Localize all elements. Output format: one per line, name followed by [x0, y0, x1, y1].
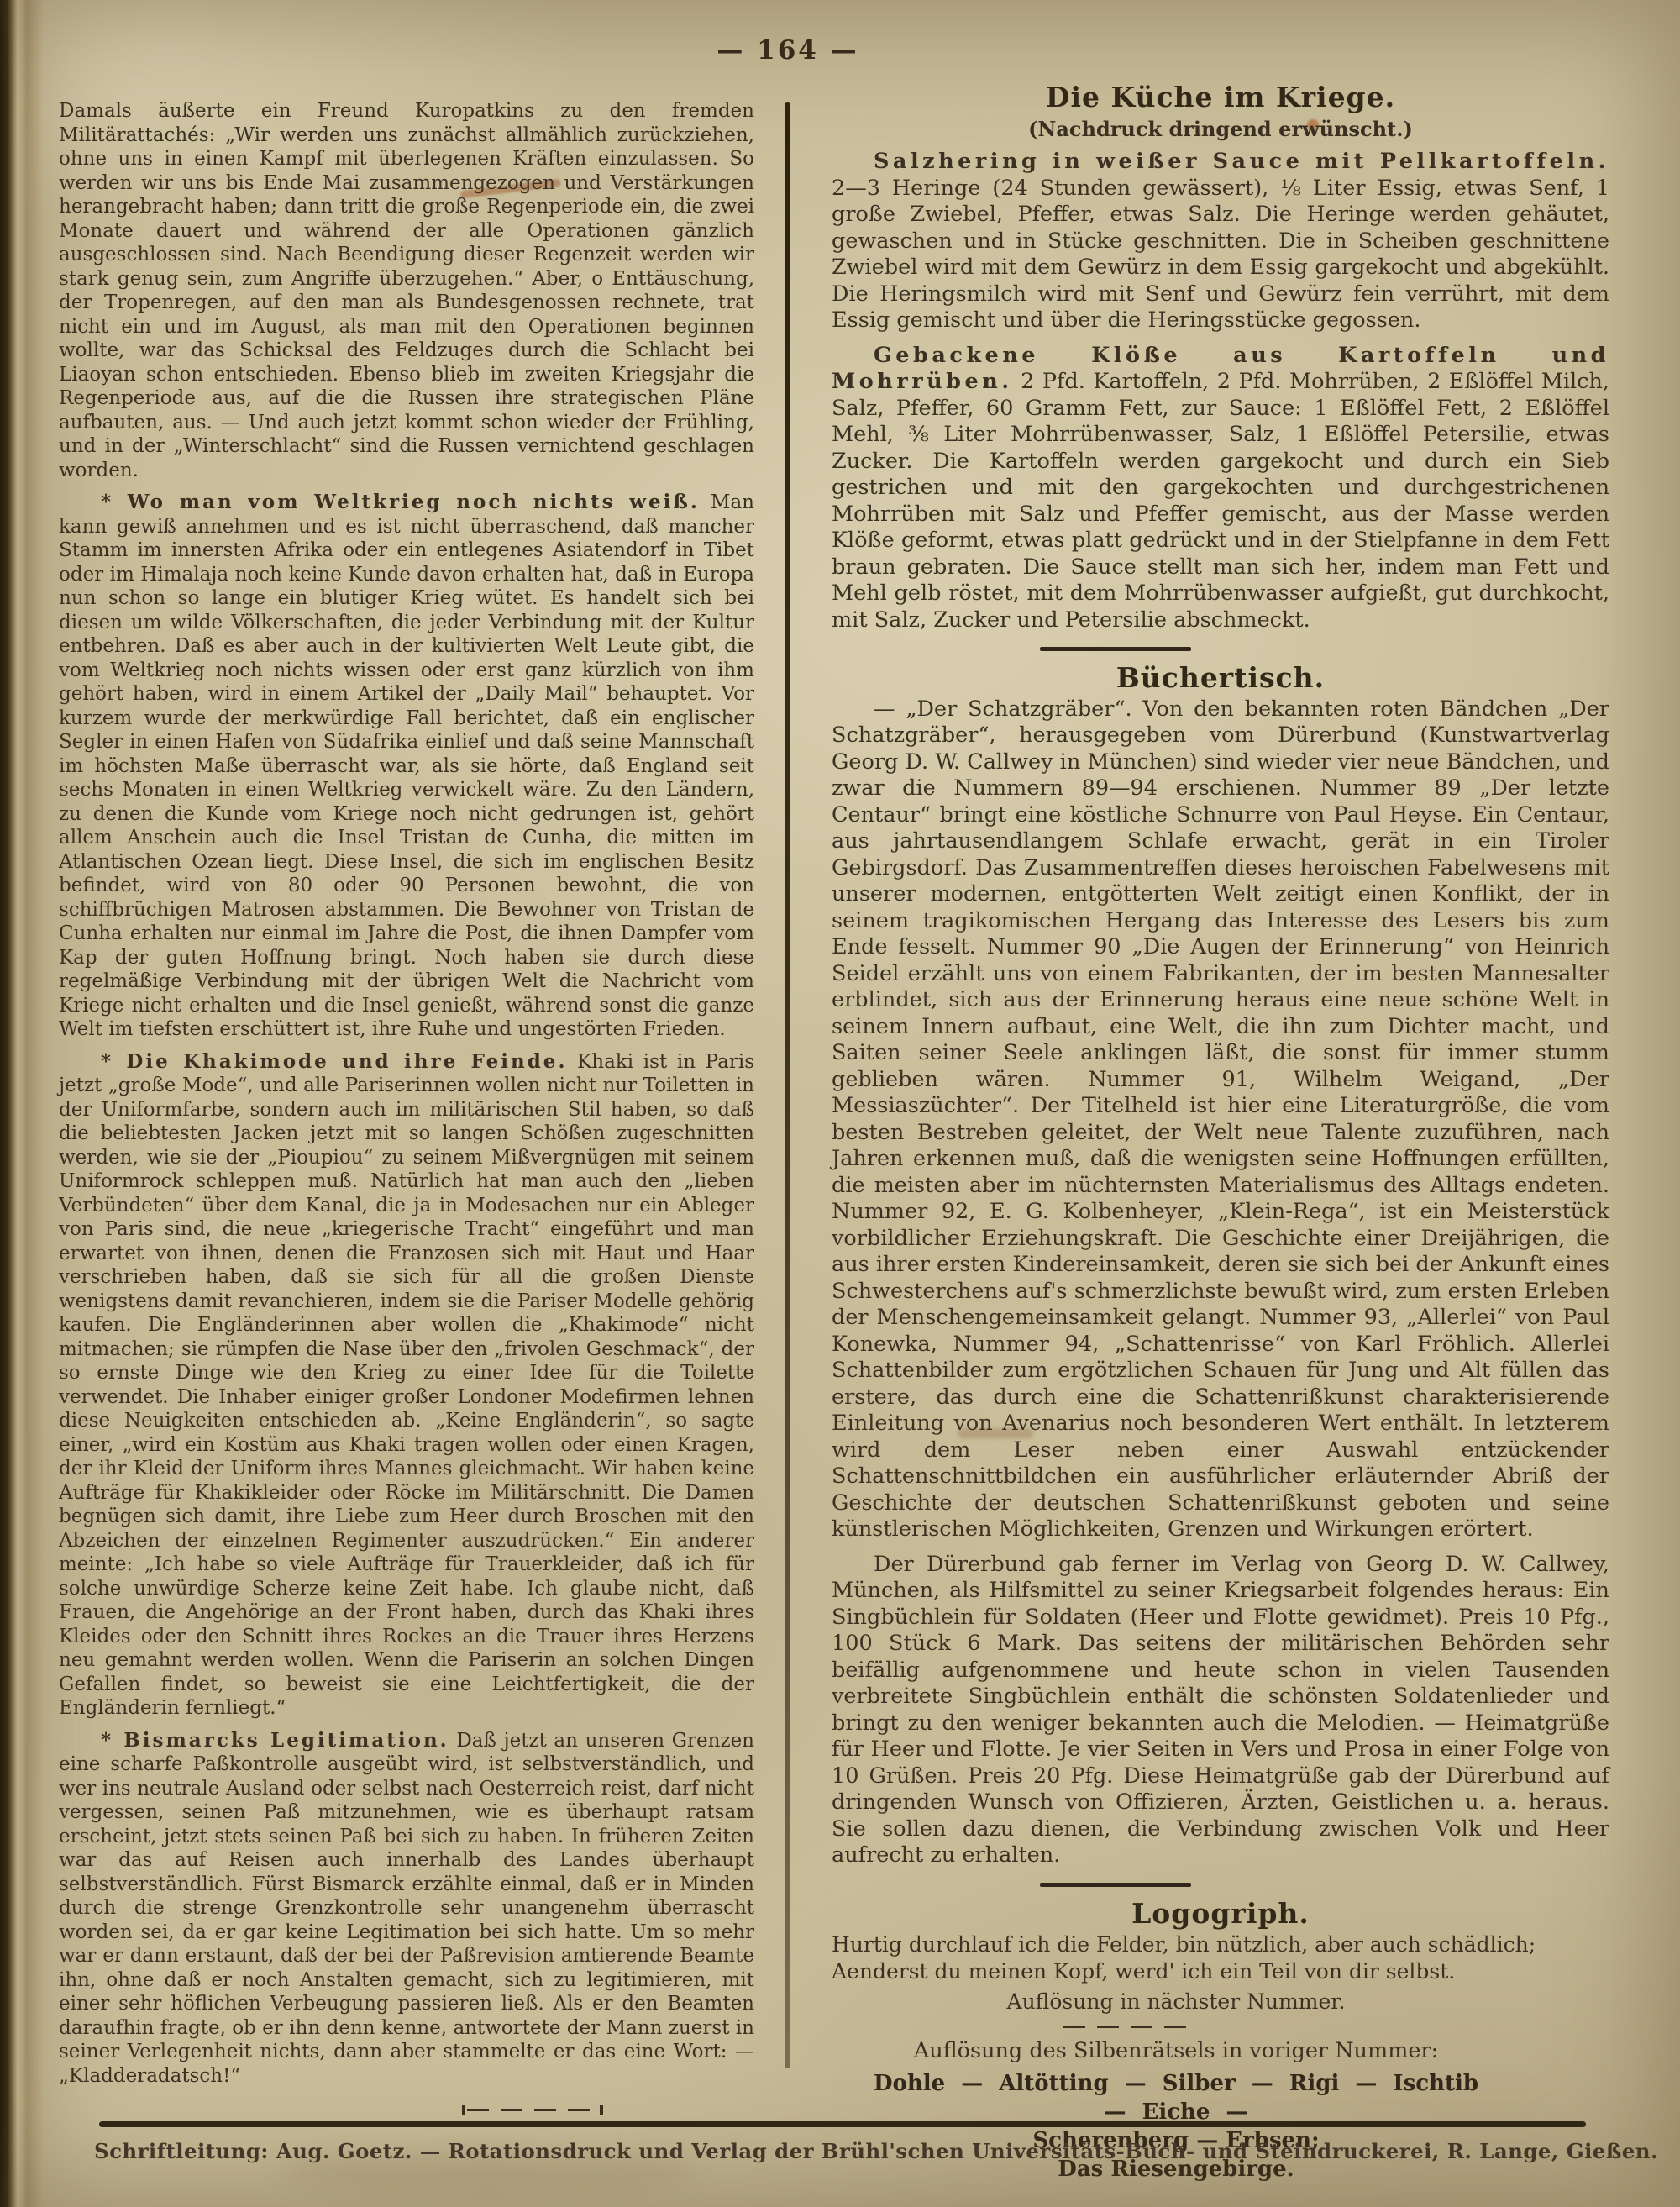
puzzle-verse-line: Hurtig durchlauf ich die Felder, bin nüt…: [832, 1931, 1609, 1958]
paragraph-lead: * Die Khakimode und ihre Feinde.: [101, 1050, 567, 1073]
recipe-kloesse: Gebackene Klöße aus Kartoffeln und Mohrr…: [832, 343, 1609, 634]
kitchen-section-title: Die Küche im Kriege.: [832, 84, 1609, 111]
reprint-note: (Nachdruck dringend erwünscht.): [832, 116, 1609, 143]
puzzle-section-title: Logogriph.: [832, 1900, 1609, 1927]
paragraph-text: Man kann gewiß annehmen und es ist nicht…: [59, 491, 754, 1040]
paragraph-bismarck: * Bismarcks Legitimation. Daß jetzt an u…: [59, 1729, 754, 2089]
books-review-paragraph: — „Der Schatzgräber“. Von den bekannten …: [832, 696, 1609, 1543]
paragraph-text: Khaki ist in Paris jetzt „große Mode“, u…: [59, 1051, 754, 1720]
paragraph-lead: * Bismarcks Legitimation.: [101, 1729, 449, 1752]
section-divider-rule: [1040, 1883, 1191, 1887]
recipe-name: Salzhering in weißer Sauce mit Pellkarto…: [874, 149, 1609, 174]
books-duererbund-paragraph: Der Dürerbund gab ferner im Verlag von G…: [832, 1552, 1609, 1869]
paragraph-text: Damals äußerte ein Freund Kuropatkins zu…: [59, 100, 754, 481]
previous-solution-line: Dohle — Altötting — Silber — Rigi — Isch…: [857, 2069, 1495, 2126]
recipe-text: 2—3 Heringe (24 Stunden gewässert), ⅛ Li…: [832, 176, 1609, 334]
section-end-dash-rule: [462, 2105, 603, 2115]
footer-rule: [99, 2121, 1586, 2127]
paragraph-text: Daß jetzt an unseren Grenzen eine scharf…: [59, 1730, 754, 2087]
paragraph-kuropatkin: Damals äußerte ein Freund Kuropatkins zu…: [59, 99, 754, 482]
puzzle-dash-rule: [1063, 2026, 1189, 2028]
previous-solution-label: Auflösung des Silbenrätsels in voriger N…: [857, 2038, 1495, 2065]
newspaper-page-scan: — 164 — Damals äußerte ein Freund Kuropa…: [0, 0, 1680, 2207]
left-column: Damals äußerte ein Freund Kuropatkins zu…: [59, 99, 754, 2115]
page-number: — 164 —: [0, 35, 1628, 66]
imprint-line: Schriftleitung: Aug. Goetz. — Rotationsd…: [94, 2139, 1606, 2163]
scan-left-edge-shadow: [0, 0, 44, 2207]
paragraph-lead: * Wo man vom Weltkrieg noch nichts weiß.: [101, 491, 700, 513]
section-divider-rule: [1040, 647, 1191, 651]
puzzle-answer-note: Auflösung in nächster Nummer.: [857, 1989, 1495, 2015]
recipe-salzhering: Salzhering in weißer Sauce mit Pellkarto…: [832, 149, 1609, 334]
recipe-text: 2 Pfd. Kartoffeln, 2 Pfd. Mohrrüben, 2 E…: [832, 369, 1609, 633]
books-section-title: Büchertisch.: [832, 665, 1609, 691]
paragraph-weltkrieg-unbekannt: * Wo man vom Weltkrieg noch nichts weiß.…: [59, 491, 754, 1042]
column-divider-rule: [785, 102, 790, 2068]
paragraph-khakimode: * Die Khakimode und ihre Feinde. Khaki i…: [59, 1050, 754, 1721]
right-column: Die Küche im Kriege. (Nachdruck dringend…: [832, 84, 1609, 2183]
puzzle-verse-line: Aenderst du meinen Kopf, werd' ich ein T…: [832, 1958, 1609, 1985]
